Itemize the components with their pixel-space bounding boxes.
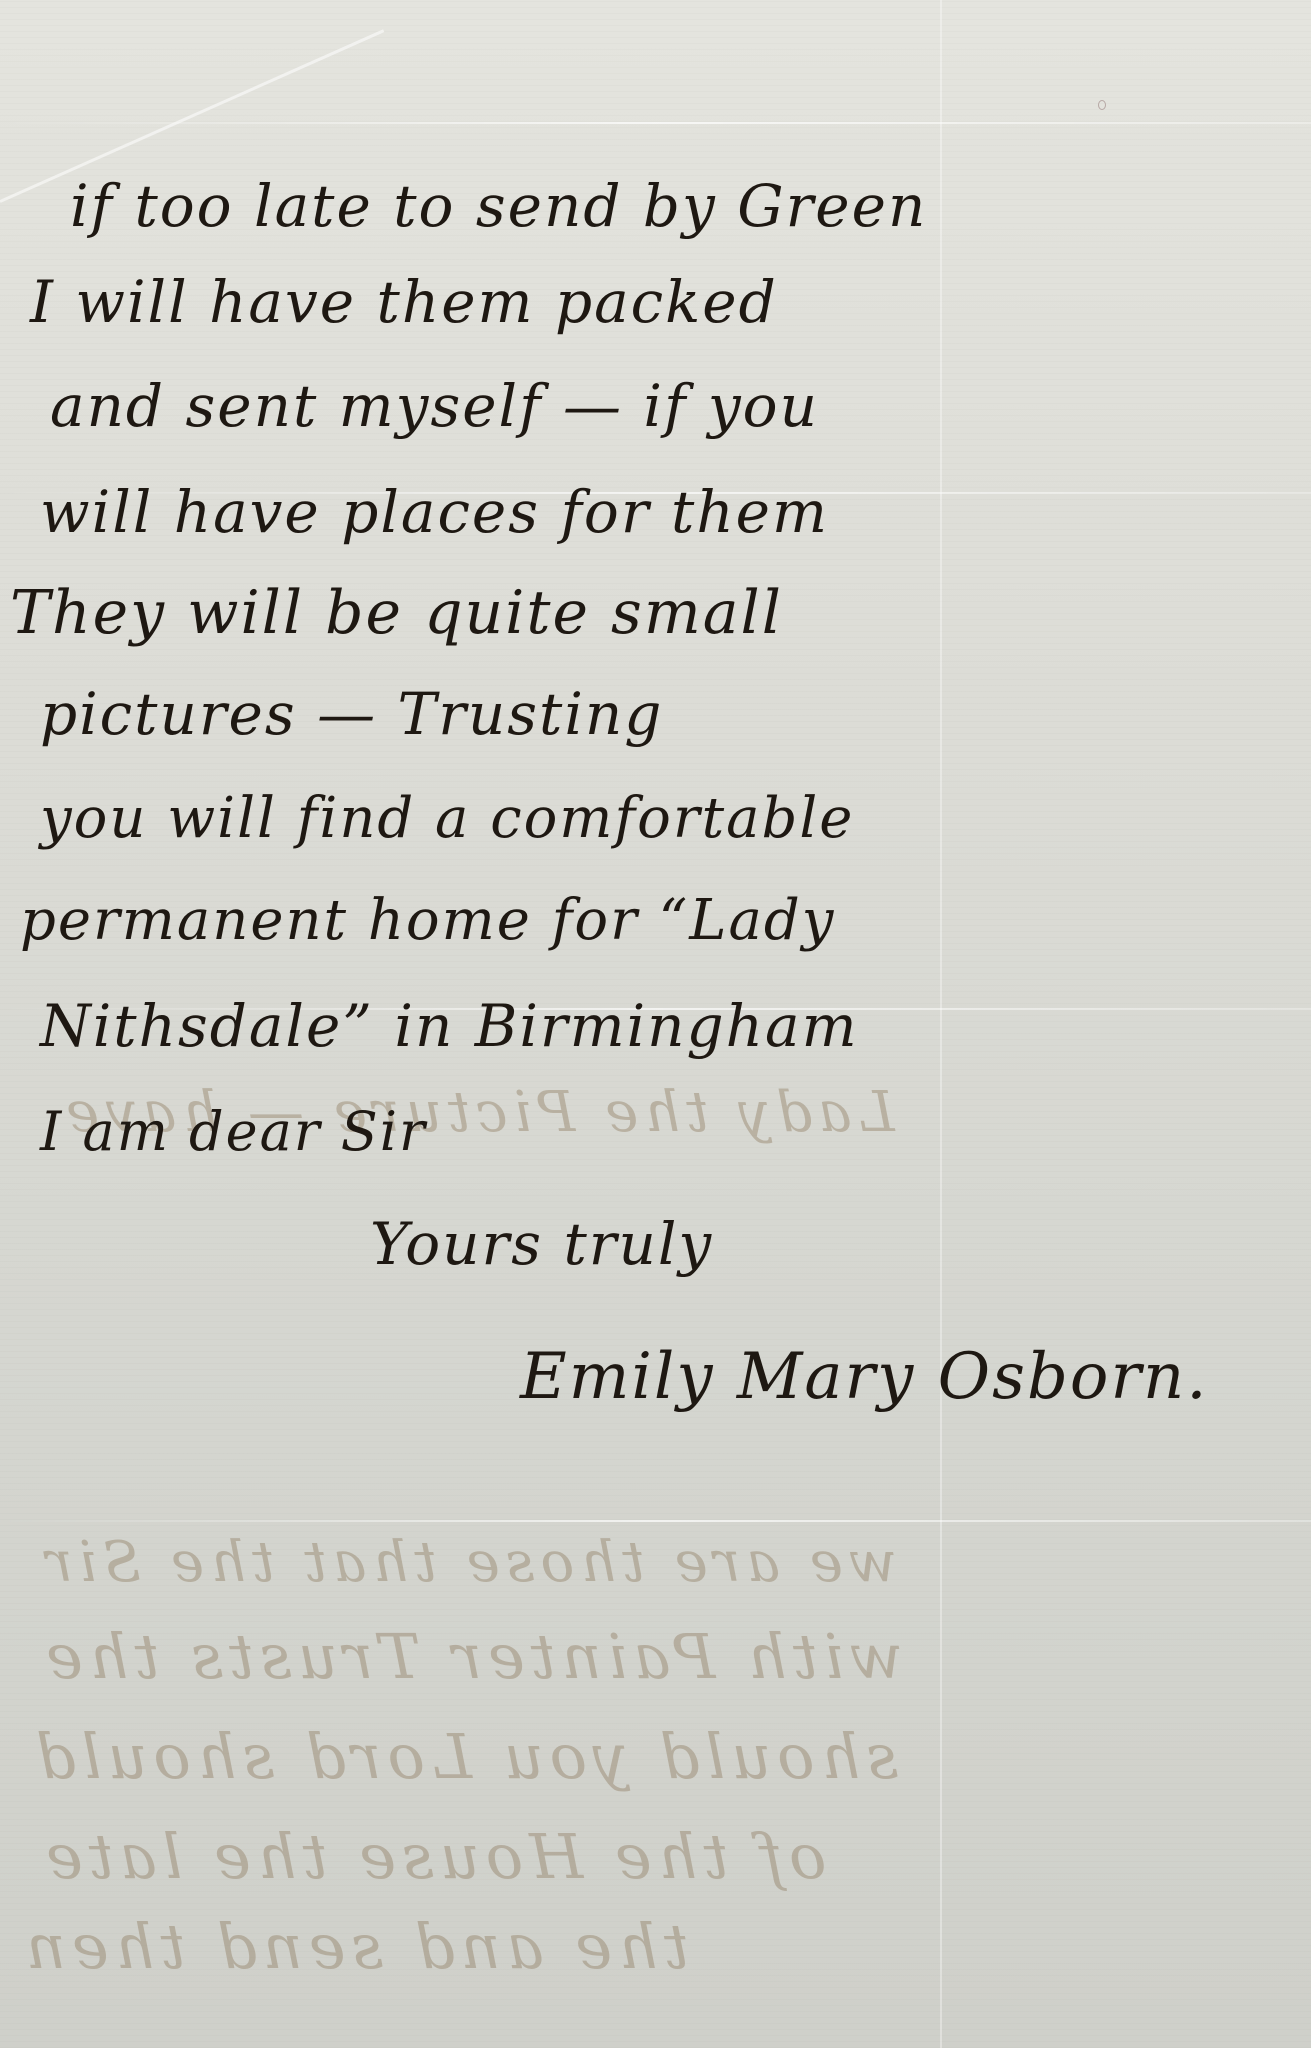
letter-line: and sent myself — if you: [50, 372, 819, 440]
bleed-through-line: we are those that the Sir: [40, 1530, 897, 1595]
letter-line: Nithsdale” in Birmingham: [40, 992, 859, 1060]
letter-page: Lady the Picture — have we are those tha…: [0, 0, 1311, 2048]
paper-fold: [940, 0, 942, 2048]
letter-line: I will have them packed: [30, 268, 778, 336]
signature: Emily Mary Osborn.: [520, 1340, 1209, 1414]
paper-speck: [1098, 100, 1106, 110]
bleed-through-line: of the House the late: [40, 1820, 826, 1893]
letter-line: permanent home for “Lady: [20, 888, 835, 953]
letter-line: pictures — Trusting: [40, 680, 663, 748]
paper-fold: [0, 1520, 1311, 1522]
letter-line: will have places for them: [40, 478, 829, 546]
bleed-through-line: should you Lord should: [30, 1720, 898, 1793]
bleed-through-line: with Painter Trusts the: [40, 1620, 903, 1693]
letter-line: you will find a comfortable: [40, 786, 854, 851]
paper-fold: [0, 122, 1311, 124]
letter-line: if too late to send by Green: [70, 172, 927, 240]
closing-valediction: Yours truly: [370, 1210, 713, 1278]
bleed-through-line: the and send then: [20, 1910, 689, 1983]
closing-salutation: I am dear Sir: [40, 1100, 427, 1163]
letter-line: They will be quite small: [10, 578, 783, 648]
